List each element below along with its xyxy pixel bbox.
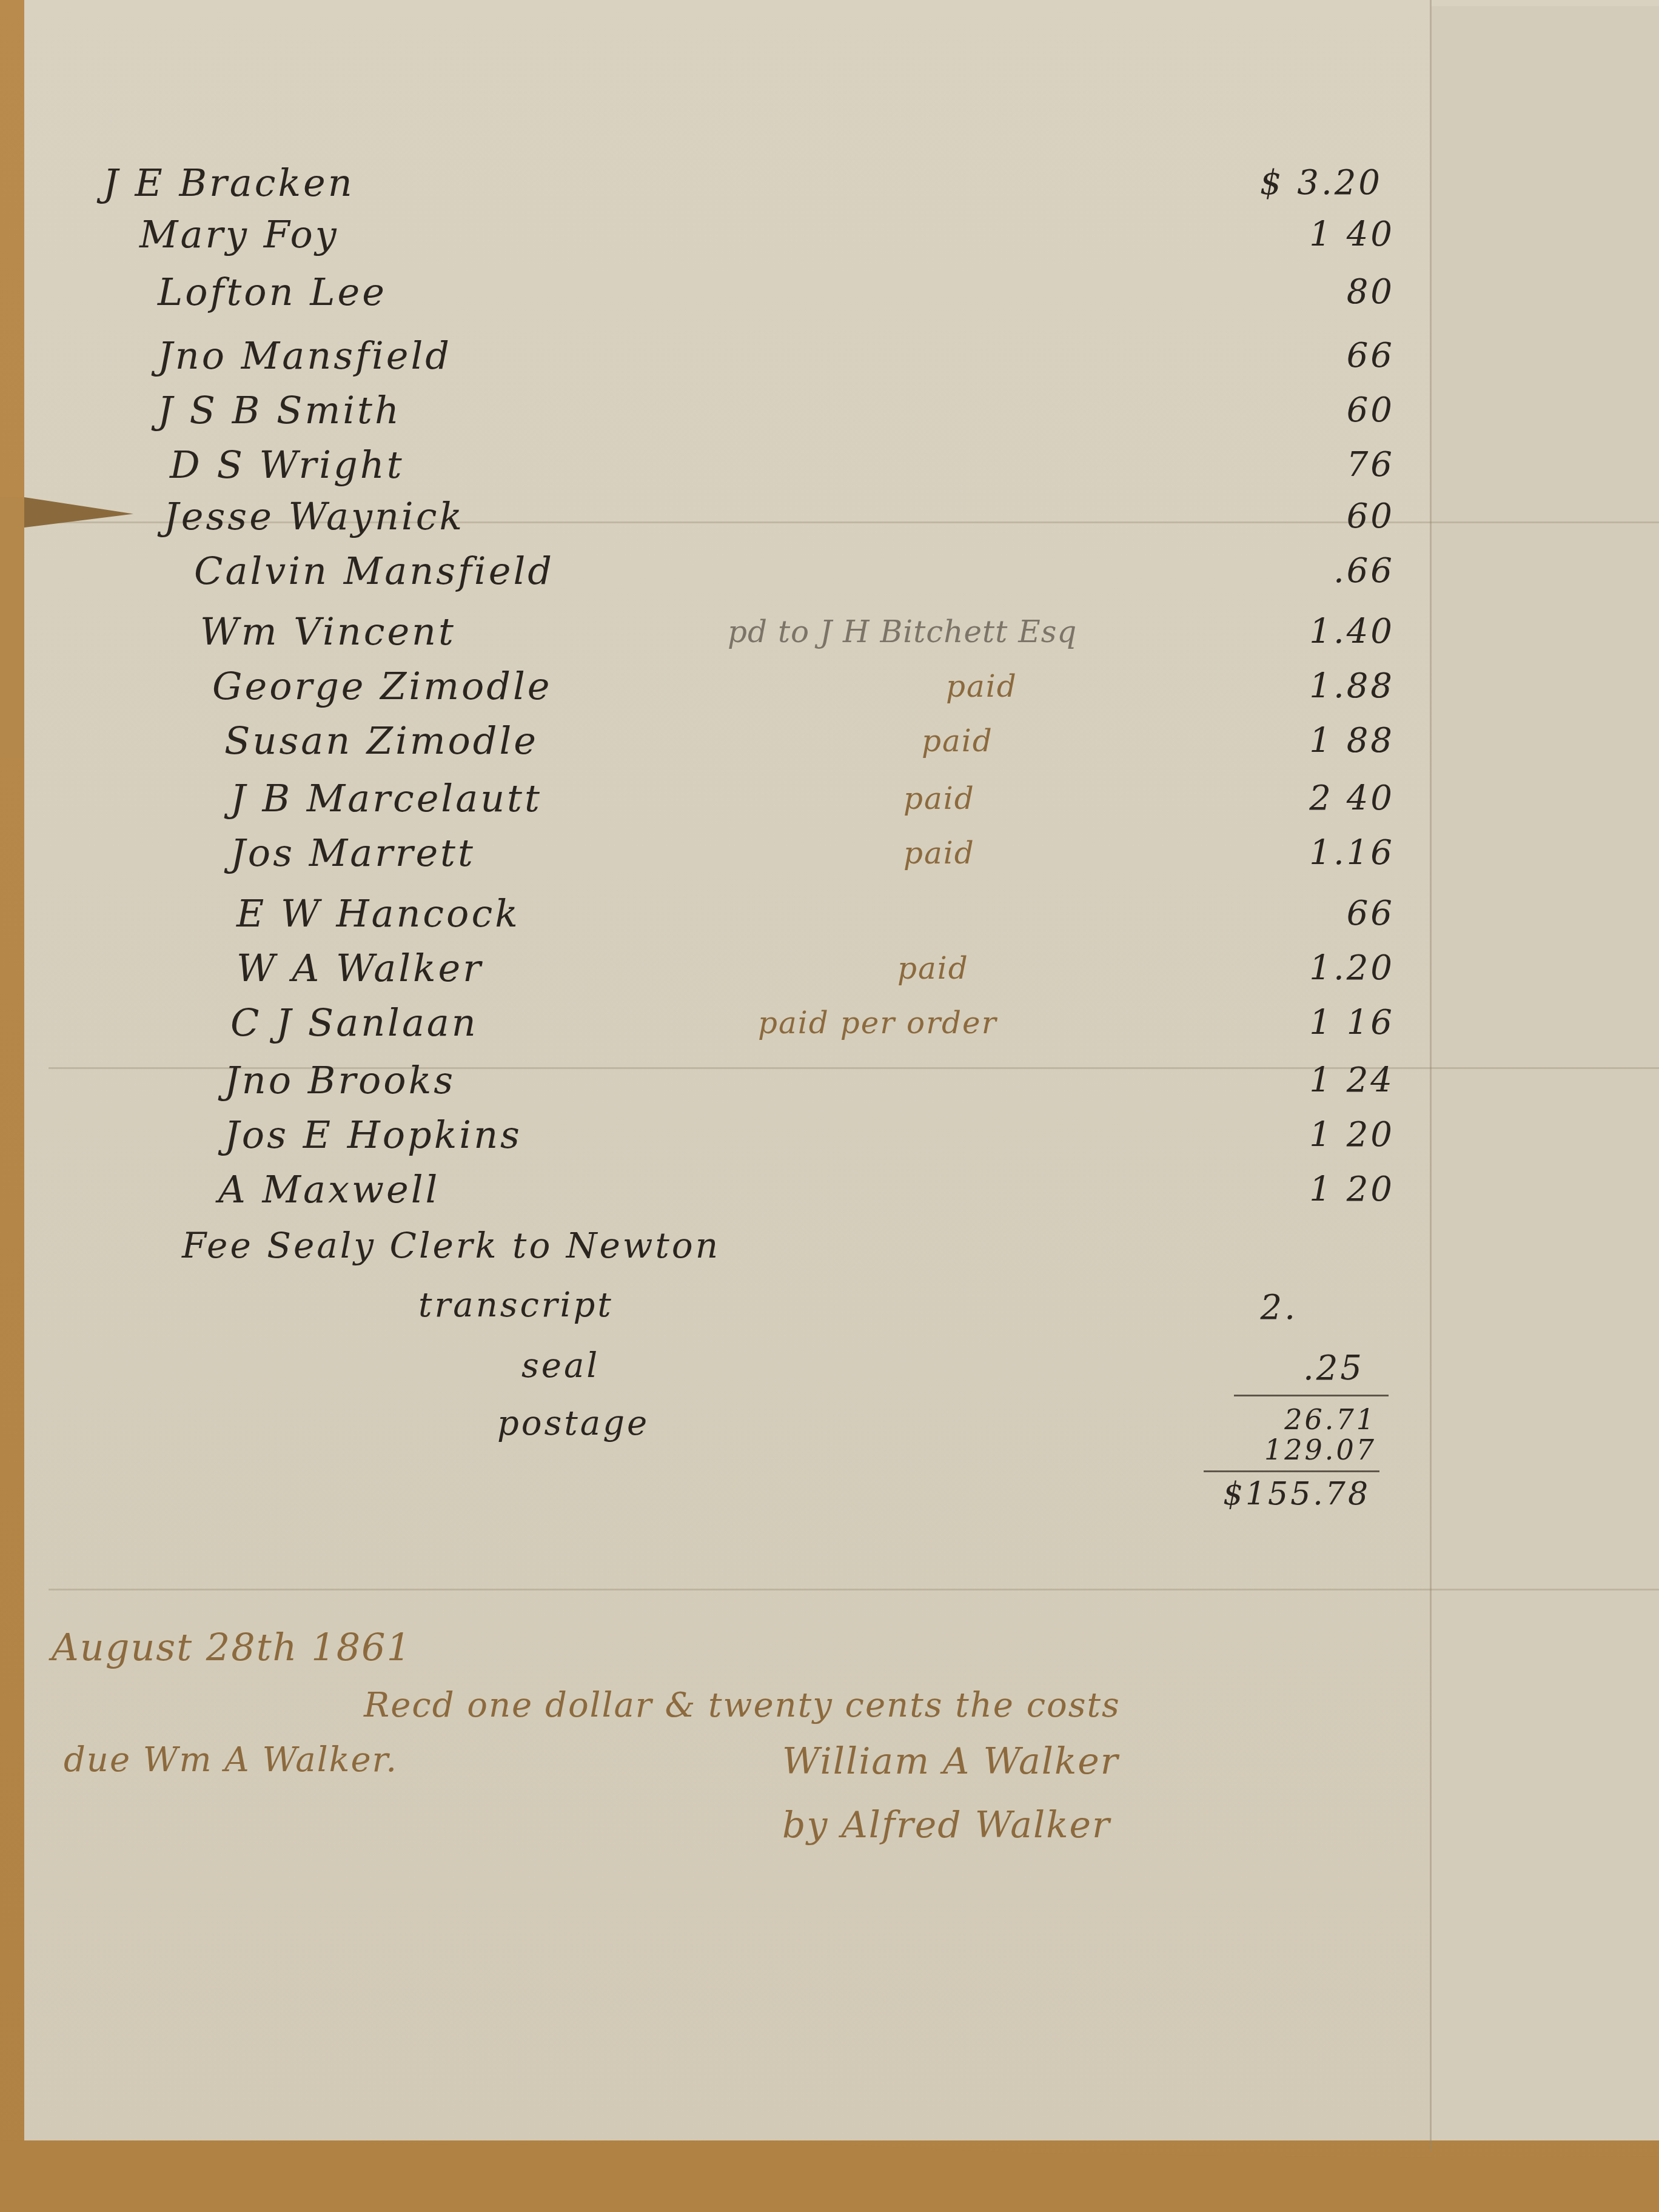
entry-amount: 1.88 xyxy=(1213,666,1395,706)
vertical-fold-line xyxy=(1430,0,1432,2151)
entry-amount: 1 20 xyxy=(1213,1170,1395,1209)
entry-amount: 1.16 xyxy=(1213,833,1395,873)
entry-row: W A Walker paid 1.20 xyxy=(24,940,1419,994)
receipt-date: August 28th 1861 xyxy=(52,1625,412,1669)
entry-row: Lofton Lee 80 xyxy=(24,264,1419,318)
entry-amount: 2 40 xyxy=(1213,779,1395,818)
entry-row: Jesse Waynick 60 xyxy=(24,488,1419,543)
entry-row: E W Hancock 66 xyxy=(24,885,1419,940)
fee-amount: .25 xyxy=(1182,1349,1364,1388)
entry-note: pd to J H Bitchett Esq xyxy=(728,614,1077,649)
entry-amount: 60 xyxy=(1213,497,1395,536)
entry-row: J B Marcelautt paid 2 40 xyxy=(24,770,1419,825)
entry-row: Wm Vincent pd to J H Bitchett Esq 1.40 xyxy=(24,603,1419,658)
entry-row: Fee Sealy Clerk to Newton xyxy=(24,1219,1419,1273)
entry-name: Jno Mansfield xyxy=(158,333,452,378)
entry-row: C J Sanlaan paid per order 1 16 xyxy=(24,994,1419,1049)
entry-amount: 1 16 xyxy=(1213,1003,1395,1042)
grand-total: $155.78 xyxy=(1188,1476,1370,1512)
entry-amount: 1 24 xyxy=(1213,1061,1395,1100)
entry-amount: $ 3.20 xyxy=(1201,163,1382,203)
entry-amount: 1 20 xyxy=(1213,1115,1395,1155)
entry-row: Jno Brooks 1 24 xyxy=(24,1052,1419,1107)
fee-row: transcript 2. xyxy=(24,1279,1419,1334)
horizontal-fold-line xyxy=(49,1589,1659,1590)
entry-name: Jno Brooks xyxy=(224,1058,455,1102)
grand-total-row: $155.78 xyxy=(24,1467,1419,1522)
entry-note: paid xyxy=(946,669,1017,704)
entry-name: W A Walker xyxy=(236,946,483,990)
entry-name: Lofton Lee xyxy=(158,270,387,314)
carried-amount: 129.07 xyxy=(1195,1433,1376,1466)
entry-amount: 66 xyxy=(1213,336,1395,375)
fee-label: transcript xyxy=(418,1285,614,1325)
entry-amount: 60 xyxy=(1213,390,1395,430)
entry-amount: 1 88 xyxy=(1213,721,1395,760)
entry-row: Jos E Hopkins 1 20 xyxy=(24,1107,1419,1161)
entry-row: George Zimodle paid 1.88 xyxy=(24,658,1419,712)
ledger-sheet: J E Bracken $ 3.20 Mary Foy 1 40 Lofton … xyxy=(24,0,1659,2140)
entry-name: A Maxwell xyxy=(218,1167,440,1212)
sheet-notch xyxy=(0,497,24,758)
entry-name: Calvin Mansfield xyxy=(194,549,554,593)
entry-row: Jno Mansfield 66 xyxy=(24,327,1419,382)
entry-name: George Zimodle xyxy=(212,664,552,708)
entry-row: D S Wright 76 xyxy=(24,437,1419,491)
entry-row: A Maxwell 1 20 xyxy=(24,1161,1419,1216)
entry-amount: .66 xyxy=(1213,551,1395,591)
entry-row: J S B Smith 60 xyxy=(24,382,1419,437)
entry-amount: 66 xyxy=(1213,894,1395,933)
entry-name: Jos E Hopkins xyxy=(224,1113,522,1157)
entry-name: J E Bracken xyxy=(103,161,355,205)
entry-name: Susan Zimodle xyxy=(224,719,538,763)
fee-row: seal .25 xyxy=(24,1340,1419,1395)
entry-row: Mary Foy 1 40 xyxy=(24,206,1419,261)
entry-row: Calvin Mansfield .66 xyxy=(24,543,1419,597)
receipt-line-2: due Wm A Walker. xyxy=(64,1740,398,1780)
entry-name: Mary Foy xyxy=(139,212,339,256)
entry-name: Fee Sealy Clerk to Newton xyxy=(182,1225,720,1266)
entry-name: Wm Vincent xyxy=(200,609,456,654)
entry-name: D S Wright xyxy=(170,443,404,487)
fee-amount: 2. xyxy=(1116,1288,1298,1327)
entry-amount: 1.20 xyxy=(1213,948,1395,988)
entry-amount: 76 xyxy=(1213,445,1395,484)
fee-label: seal xyxy=(521,1346,600,1386)
entry-amount: 1 40 xyxy=(1213,215,1395,254)
entry-amount: 80 xyxy=(1213,272,1395,312)
dollar-sign: $ xyxy=(1260,163,1284,203)
entry-note: paid xyxy=(897,951,969,986)
entry-name: J B Marcelautt xyxy=(230,776,542,820)
entry-note: paid xyxy=(903,781,975,816)
entry-note: paid xyxy=(922,723,993,759)
entry-note: paid xyxy=(903,836,975,871)
entry-name: C J Sanlaan xyxy=(230,1000,478,1045)
entry-name: J S B Smith xyxy=(158,388,401,432)
receipt-line-1: Recd one dollar & twenty cents the costs xyxy=(364,1686,1121,1725)
entry-note: paid per order xyxy=(758,1005,997,1041)
entry-name: E W Hancock xyxy=(236,891,520,936)
folded-right-panel xyxy=(1432,6,1659,2140)
amount-value: 3.20 xyxy=(1297,163,1382,203)
entry-name: Jesse Waynick xyxy=(164,494,464,538)
by-line: by Alfred Walker xyxy=(782,1804,1111,1846)
entry-row: J E Bracken $ 3.20 xyxy=(24,155,1419,209)
entry-amount: 1.40 xyxy=(1213,612,1395,651)
entry-row: Jos Marrett paid 1.16 xyxy=(24,825,1419,879)
entry-name: Jos Marrett xyxy=(230,831,475,875)
signature: William A Walker xyxy=(782,1740,1119,1783)
entry-row: Susan Zimodle paid 1 88 xyxy=(24,712,1419,767)
